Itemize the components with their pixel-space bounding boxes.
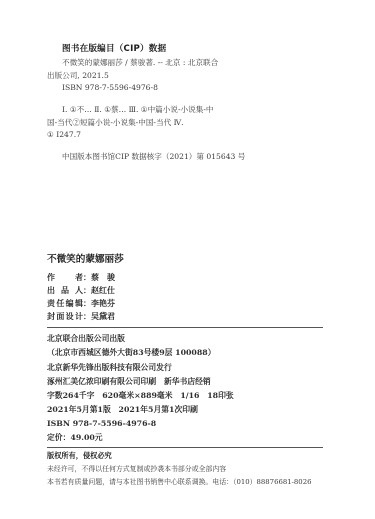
divider-line <box>47 327 323 328</box>
colophon-publisher: 北京联合出版公司出版 <box>47 334 125 344</box>
staff-value: 李艳芬 <box>91 298 115 308</box>
staff-sep: ： <box>83 285 91 295</box>
staff-sep: ： <box>83 272 91 282</box>
colophon-edition: 2021年5月第1版 2021年5月第1次印刷 <box>47 405 198 415</box>
staff-value: 吴黛君 <box>91 311 115 321</box>
staff-sep: ： <box>83 311 91 321</box>
staff-label: 封面设计 <box>47 311 83 321</box>
colophon-printer: 涿州汇美亿浓印刷有限公司印刷 新华书店经销 <box>47 377 211 387</box>
staff-value: 蔡 骏 <box>91 272 115 282</box>
cip-heading: 图书在版编目（CIP）数据 <box>62 42 166 54</box>
book-title: 不微笑的蒙娜丽莎 <box>47 251 124 265</box>
staff-label: 作 者 <box>47 272 83 282</box>
divider-line <box>47 447 323 448</box>
cip-record-number: 中国版本图书馆CIP 数据核字（2021）第 015643 号 <box>62 152 245 162</box>
staff-sep: ： <box>83 298 91 308</box>
staff-value: 赵红仕 <box>91 285 115 295</box>
staff-producer: 出 品 人：赵红仕 <box>47 285 115 295</box>
colophon-distributor: 北京新华先锋出版科技有限公司发行 <box>47 363 172 373</box>
staff-author: 作 者：蔡 骏 <box>47 272 115 282</box>
cip-classification: ① I247.7 <box>47 130 81 140</box>
colophon-address: （北京市西城区德外大街83号楼9层 100088） <box>47 348 216 358</box>
staff-label: 责任编辑 <box>47 298 83 308</box>
staff-label: 出 品 人 <box>47 285 83 295</box>
rights-heading: 版权所有，侵权必究 <box>47 451 112 461</box>
colophon-isbn: ISBN 978-7-5596-4976-8 <box>47 419 156 429</box>
colophon-price: 定价：49.00元 <box>47 433 103 443</box>
rights-contact: 本书若有质量问题，请与本社图书销售中心联系调换。电话：（010）88876681… <box>47 476 311 486</box>
staff-editor: 责任编辑：李艳芬 <box>47 298 115 308</box>
staff-cover-designer: 封面设计：吴黛君 <box>47 311 115 321</box>
cip-line: 出版公司, 2021.5 <box>47 71 109 81</box>
cip-isbn: ISBN 978-7-5596-4976-8 <box>62 83 158 93</box>
cip-classification: 国-当代②短篇小说-小说集-中国-当代 Ⅳ. <box>47 118 184 128</box>
rights-line: 未经许可，不得以任何方式复制或抄袭本书部分或全部内容 <box>47 463 226 473</box>
cip-line: 不微笑的蒙娜丽莎 / 蔡骏著. -- 北京 : 北京联合 <box>62 58 218 68</box>
colophon-specs: 字数264千字 620毫米×889毫米 1/16 18印张 <box>47 391 234 401</box>
cip-classification: Ⅰ. ①不… Ⅱ. ①蔡… Ⅲ. ①中篇小说-小说集-中 <box>62 105 213 115</box>
